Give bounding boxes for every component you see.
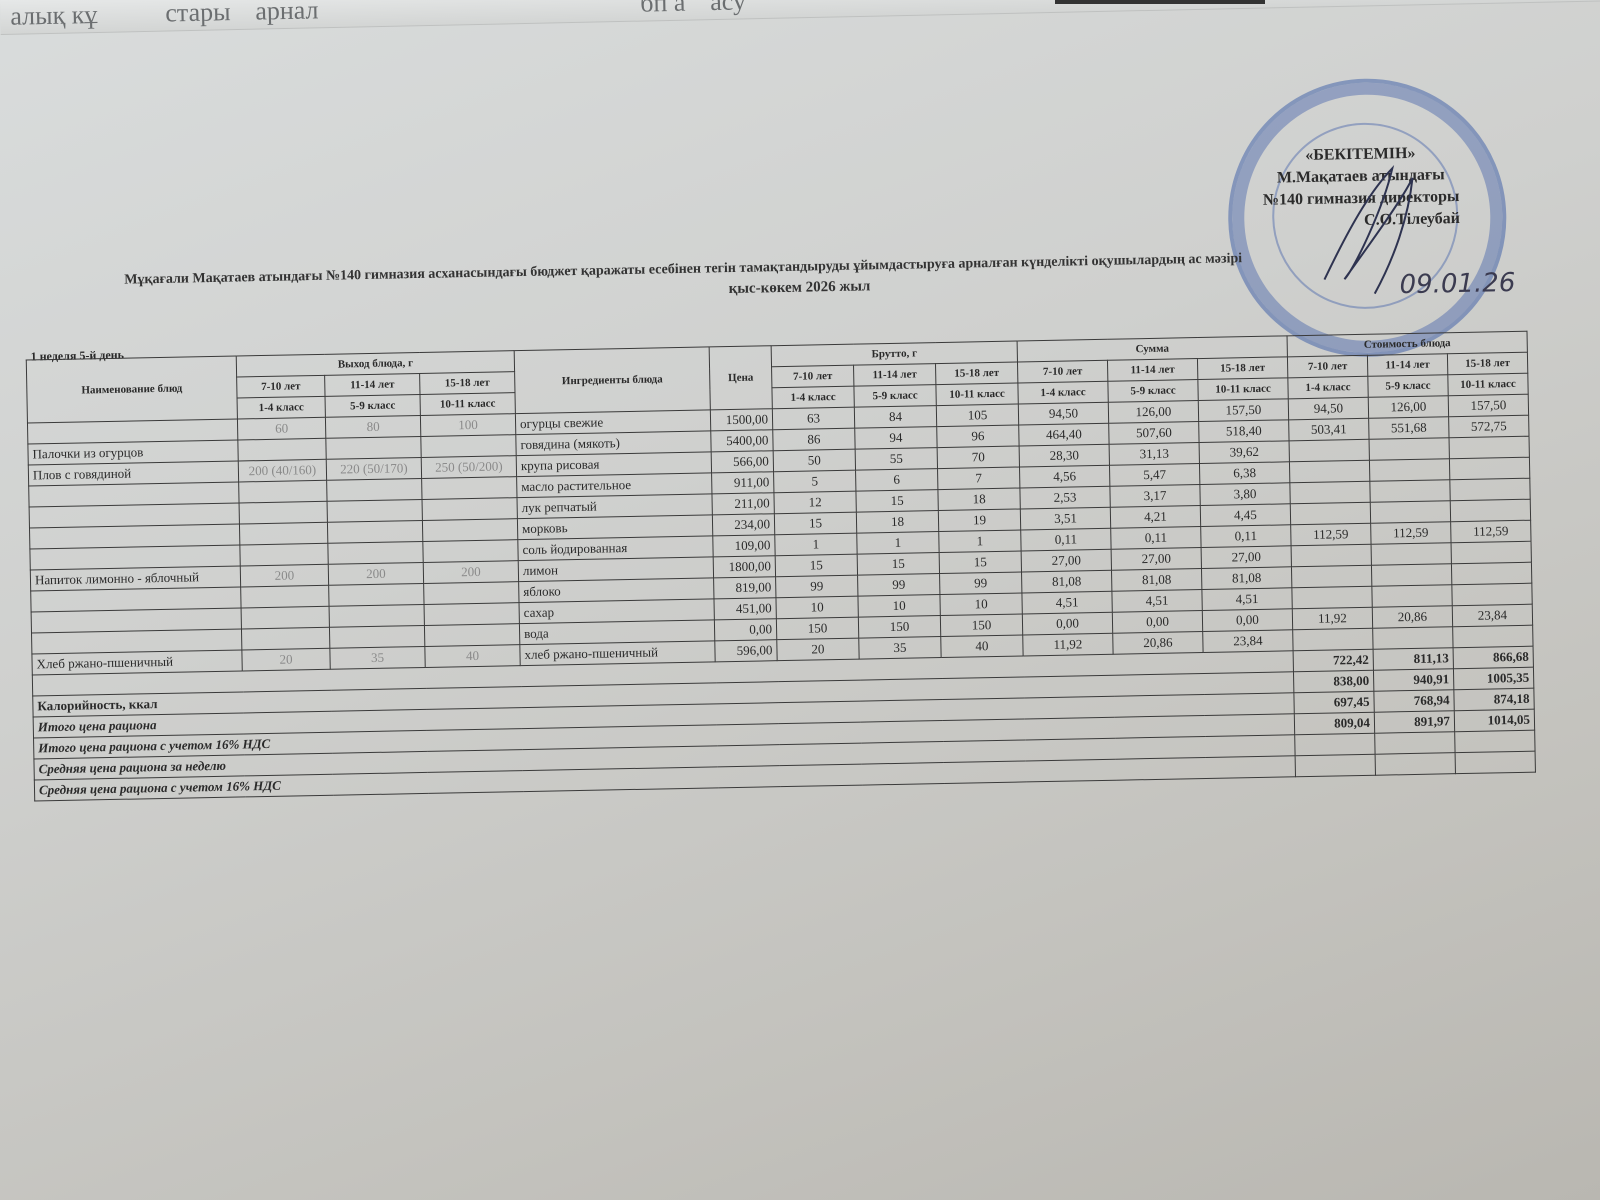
sum-cell: 0,00 [1202, 609, 1292, 632]
cost-cell [1370, 480, 1450, 503]
header-age: 11-14 лет [325, 374, 420, 397]
output-cell [422, 477, 517, 500]
sum-cell: 20,86 [1113, 632, 1203, 655]
brutto-cell: 55 [855, 448, 937, 471]
sum-cell: 3,17 [1110, 485, 1200, 508]
header-grade: 5-9 класс [854, 385, 936, 408]
output-cell: 35 [330, 646, 425, 669]
sum-cell: 2,53 [1020, 486, 1110, 509]
brutto-cell: 35 [859, 637, 941, 660]
cost-cell: 112,59 [1291, 523, 1371, 546]
document-sheet: «БЕКІТЕМІН» М.Мақатаев атындағы №140 гим… [0, 29, 1600, 1200]
brutto-cell: 99 [776, 575, 858, 598]
brutto-cell: 10 [776, 596, 858, 619]
header-age: 7-10 лет [1287, 355, 1367, 378]
brutto-cell: 12 [774, 491, 856, 514]
summary-value: 1014,05 [1454, 709, 1534, 732]
output-cell: 100 [420, 414, 515, 437]
cost-cell: 572,75 [1449, 415, 1529, 438]
cost-cell [1291, 544, 1371, 567]
cost-cell: 20,86 [1372, 606, 1452, 629]
brutto-cell: 19 [938, 509, 1020, 532]
price-cell: 234,00 [712, 514, 774, 536]
header-dish-name: Наименование блюд [26, 356, 237, 423]
output-cell: 80 [325, 415, 420, 438]
summary-value [1455, 751, 1535, 774]
sum-cell: 3,51 [1020, 507, 1110, 530]
brutto-cell: 40 [941, 635, 1023, 658]
sum-cell: 0,00 [1112, 611, 1202, 634]
brutto-cell: 15 [939, 551, 1021, 574]
cost-cell [1450, 499, 1530, 522]
cost-cell [1453, 625, 1533, 648]
brutto-cell: 50 [773, 449, 855, 472]
output-cell [327, 478, 422, 501]
cost-cell [1292, 586, 1372, 609]
cost-cell [1290, 481, 1370, 504]
summary-value: 838,00 [1293, 670, 1373, 693]
brutto-cell: 1 [939, 530, 1021, 553]
output-cell [329, 604, 424, 627]
output-cell [329, 583, 424, 606]
output-cell: 200 [240, 564, 328, 587]
brutto-cell: 99 [940, 572, 1022, 595]
output-cell [239, 480, 327, 503]
output-cell: 200 [328, 562, 423, 585]
output-cell [326, 436, 421, 459]
output-cell [239, 501, 327, 524]
output-cell [328, 541, 423, 564]
output-cell: 20 [242, 648, 330, 671]
background-page-strip: алық кұ стары арнал бп а асу [0, 0, 1600, 35]
output-cell [421, 435, 516, 458]
sum-cell: 464,40 [1019, 423, 1109, 446]
price-cell: 211,00 [712, 493, 774, 515]
summary-value: 891,97 [1374, 711, 1454, 734]
output-cell [329, 625, 424, 648]
price-cell: 596,00 [715, 640, 777, 662]
sum-cell: 0,11 [1021, 528, 1111, 551]
brutto-cell: 105 [936, 404, 1018, 427]
output-cell: 220 (50/170) [326, 457, 421, 480]
header-age: 11-14 лет [1107, 359, 1197, 382]
header-age: 7-10 лет [237, 375, 325, 398]
sum-cell: 11,92 [1023, 633, 1113, 656]
output-cell [424, 603, 519, 626]
price-cell: 1500,00 [710, 409, 772, 431]
sum-cell: 39,62 [1199, 441, 1289, 464]
cost-cell: 23,84 [1452, 604, 1532, 627]
sum-cell: 518,40 [1199, 420, 1289, 443]
menu-table: Наименование блюд Выход блюда, г Ингреди… [26, 331, 1536, 802]
document-title: Мұқағали Мақатаев атындағы №140 гимназия… [124, 250, 1324, 310]
sum-cell: 4,21 [1110, 506, 1200, 529]
brutto-cell: 5 [774, 470, 856, 493]
output-cell [241, 585, 329, 608]
header-ingredients: Ингредиенты блюда [514, 347, 710, 414]
cost-cell [1291, 565, 1371, 588]
output-cell [239, 522, 327, 545]
summary-value [1295, 754, 1375, 777]
sum-cell: 157,50 [1198, 399, 1288, 422]
price-cell: 0,00 [714, 619, 776, 641]
header-price: Цена [709, 346, 772, 410]
sum-cell: 4,56 [1020, 465, 1110, 488]
header-grade: 5-9 класс [1108, 380, 1198, 403]
cost-cell [1451, 541, 1531, 564]
summary-value: 940,91 [1373, 669, 1453, 692]
cost-cell [1450, 478, 1530, 501]
sum-cell: 31,13 [1109, 443, 1199, 466]
cost-cell: 11,92 [1292, 607, 1372, 630]
price-cell: 109,00 [713, 535, 775, 557]
header-grade: 10-11 класс [420, 393, 515, 416]
header-age: 15-18 лет [1197, 357, 1287, 380]
sum-cell: 0,11 [1111, 527, 1201, 550]
header-age: 7-10 лет [1017, 360, 1107, 383]
header-age: 15-18 лет [936, 362, 1018, 385]
brutto-cell: 70 [937, 446, 1019, 469]
output-cell [424, 624, 519, 647]
brutto-cell: 15 [856, 490, 938, 513]
brutto-cell: 96 [937, 425, 1019, 448]
cost-cell: 126,00 [1368, 396, 1448, 419]
header-grade: 1-4 класс [1018, 381, 1108, 404]
brutto-cell: 18 [938, 488, 1020, 511]
header-age: 7-10 лет [772, 365, 854, 388]
brutto-cell: 15 [774, 512, 856, 535]
summary-value [1375, 753, 1455, 776]
cost-cell [1449, 436, 1529, 459]
sum-cell: 0,00 [1022, 612, 1112, 635]
summary-value: 697,45 [1294, 691, 1374, 714]
sum-cell: 27,00 [1201, 546, 1291, 569]
summary-value: 811,13 [1373, 648, 1453, 671]
header-grade: 10-11 класс [1448, 373, 1528, 396]
brutto-cell: 1 [857, 532, 939, 555]
summary-value: 1005,35 [1453, 667, 1533, 690]
sum-cell: 3,80 [1200, 483, 1290, 506]
summary-value: 866,68 [1453, 646, 1533, 669]
cost-cell [1289, 439, 1369, 462]
brutto-cell: 20 [777, 638, 859, 661]
header-age: 15-18 лет [420, 372, 515, 395]
brutto-cell: 1 [775, 533, 857, 556]
output-cell [424, 582, 519, 605]
brutto-cell: 150 [858, 616, 940, 639]
sum-cell: 0,11 [1201, 525, 1291, 548]
header-grade: 10-11 класс [1198, 378, 1288, 401]
price-cell: 911,00 [712, 472, 774, 494]
bg-fragment: стары [165, 0, 231, 29]
price-cell: 5400,00 [711, 430, 773, 452]
price-cell: 819,00 [714, 577, 776, 599]
brutto-cell: 7 [938, 467, 1020, 490]
brutto-cell: 6 [856, 469, 938, 492]
brutto-cell: 15 [857, 553, 939, 576]
output-cell [241, 606, 329, 629]
output-cell: 60 [237, 417, 325, 440]
output-cell [238, 438, 326, 461]
header-age: 11-14 лет [854, 364, 936, 387]
sum-cell: 81,08 [1022, 570, 1112, 593]
sum-cell: 4,51 [1202, 588, 1292, 611]
header-grade: 5-9 класс [1368, 375, 1448, 398]
brutto-cell: 150 [940, 614, 1022, 637]
cost-cell: 94,50 [1288, 397, 1368, 420]
brutto-cell: 10 [940, 593, 1022, 616]
sum-cell: 94,50 [1018, 402, 1108, 425]
sum-cell: 81,08 [1112, 569, 1202, 592]
output-cell [423, 540, 518, 563]
cost-cell [1369, 459, 1449, 482]
sum-cell: 4,51 [1112, 590, 1202, 613]
brutto-cell: 63 [772, 407, 854, 430]
cost-cell [1452, 583, 1532, 606]
handwritten-date: 09.01.26 [1399, 268, 1515, 300]
cost-cell [1372, 585, 1452, 608]
output-cell [327, 520, 422, 543]
sum-cell: 4,51 [1022, 591, 1112, 614]
cost-cell [1370, 501, 1450, 524]
brutto-cell: 10 [858, 595, 940, 618]
output-cell [422, 498, 517, 521]
dark-edge [1055, 0, 1265, 4]
output-cell [240, 543, 328, 566]
brutto-cell: 150 [776, 617, 858, 640]
sum-cell: 507,60 [1109, 422, 1199, 445]
header-grade: 1-4 класс [1288, 376, 1368, 399]
output-cell: 250 (50/200) [421, 456, 516, 479]
brutto-cell: 84 [854, 406, 936, 429]
summary-value: 722,42 [1293, 649, 1373, 672]
header-grade: 1-4 класс [237, 396, 325, 419]
sum-cell: 81,08 [1201, 567, 1291, 590]
brutto-cell: 18 [856, 511, 938, 534]
cost-cell [1373, 627, 1453, 650]
bg-fragment: арнал [255, 0, 319, 27]
header-age: 11-14 лет [1367, 354, 1447, 377]
output-cell: 200 (40/160) [238, 459, 326, 482]
header-grade: 10-11 класс [936, 383, 1018, 406]
header-grade: 5-9 класс [325, 394, 420, 417]
brutto-cell: 94 [855, 427, 937, 450]
cost-cell [1371, 564, 1451, 587]
price-cell: 566,00 [711, 451, 773, 473]
output-cell [422, 519, 517, 542]
header-age: 15-18 лет [1447, 352, 1527, 375]
cost-cell: 551,68 [1369, 417, 1449, 440]
cost-cell [1449, 457, 1529, 480]
cost-cell [1293, 628, 1373, 651]
summary-value: 809,04 [1294, 712, 1374, 735]
sum-cell: 6,38 [1199, 462, 1289, 485]
price-cell: 451,00 [714, 598, 776, 620]
bg-fragment: асу [710, 0, 746, 17]
summary-value: 874,18 [1454, 688, 1534, 711]
cost-cell [1290, 502, 1370, 525]
sum-cell: 28,30 [1019, 444, 1109, 467]
summary-value [1295, 733, 1375, 756]
summary-value [1455, 730, 1535, 753]
cost-cell: 157,50 [1448, 394, 1528, 417]
sum-cell: 23,84 [1203, 630, 1293, 653]
cost-cell: 112,59 [1451, 520, 1531, 543]
price-cell: 1800,00 [713, 556, 775, 578]
output-cell: 200 [423, 561, 518, 584]
cost-cell: 503,41 [1289, 418, 1369, 441]
sum-cell: 126,00 [1108, 401, 1198, 424]
sum-cell: 27,00 [1111, 548, 1201, 571]
brutto-cell: 15 [775, 554, 857, 577]
brutto-cell: 99 [858, 574, 940, 597]
cost-cell [1369, 438, 1449, 461]
output-cell: 40 [425, 645, 520, 668]
bg-fragment: алық кұ [10, 0, 98, 32]
cost-cell [1289, 460, 1369, 483]
cost-cell [1451, 562, 1531, 585]
summary-value: 768,94 [1374, 690, 1454, 713]
output-cell [327, 499, 422, 522]
cost-cell [1371, 543, 1451, 566]
sum-cell: 5,47 [1109, 464, 1199, 487]
output-cell [241, 627, 329, 650]
cost-cell: 112,59 [1371, 522, 1451, 545]
brutto-cell: 86 [773, 428, 855, 451]
bg-fragment: бп а [640, 0, 686, 19]
header-grade: 1-4 класс [772, 386, 854, 409]
sum-cell: 4,45 [1200, 504, 1290, 527]
sum-cell: 27,00 [1021, 549, 1111, 572]
summary-value [1375, 732, 1455, 755]
